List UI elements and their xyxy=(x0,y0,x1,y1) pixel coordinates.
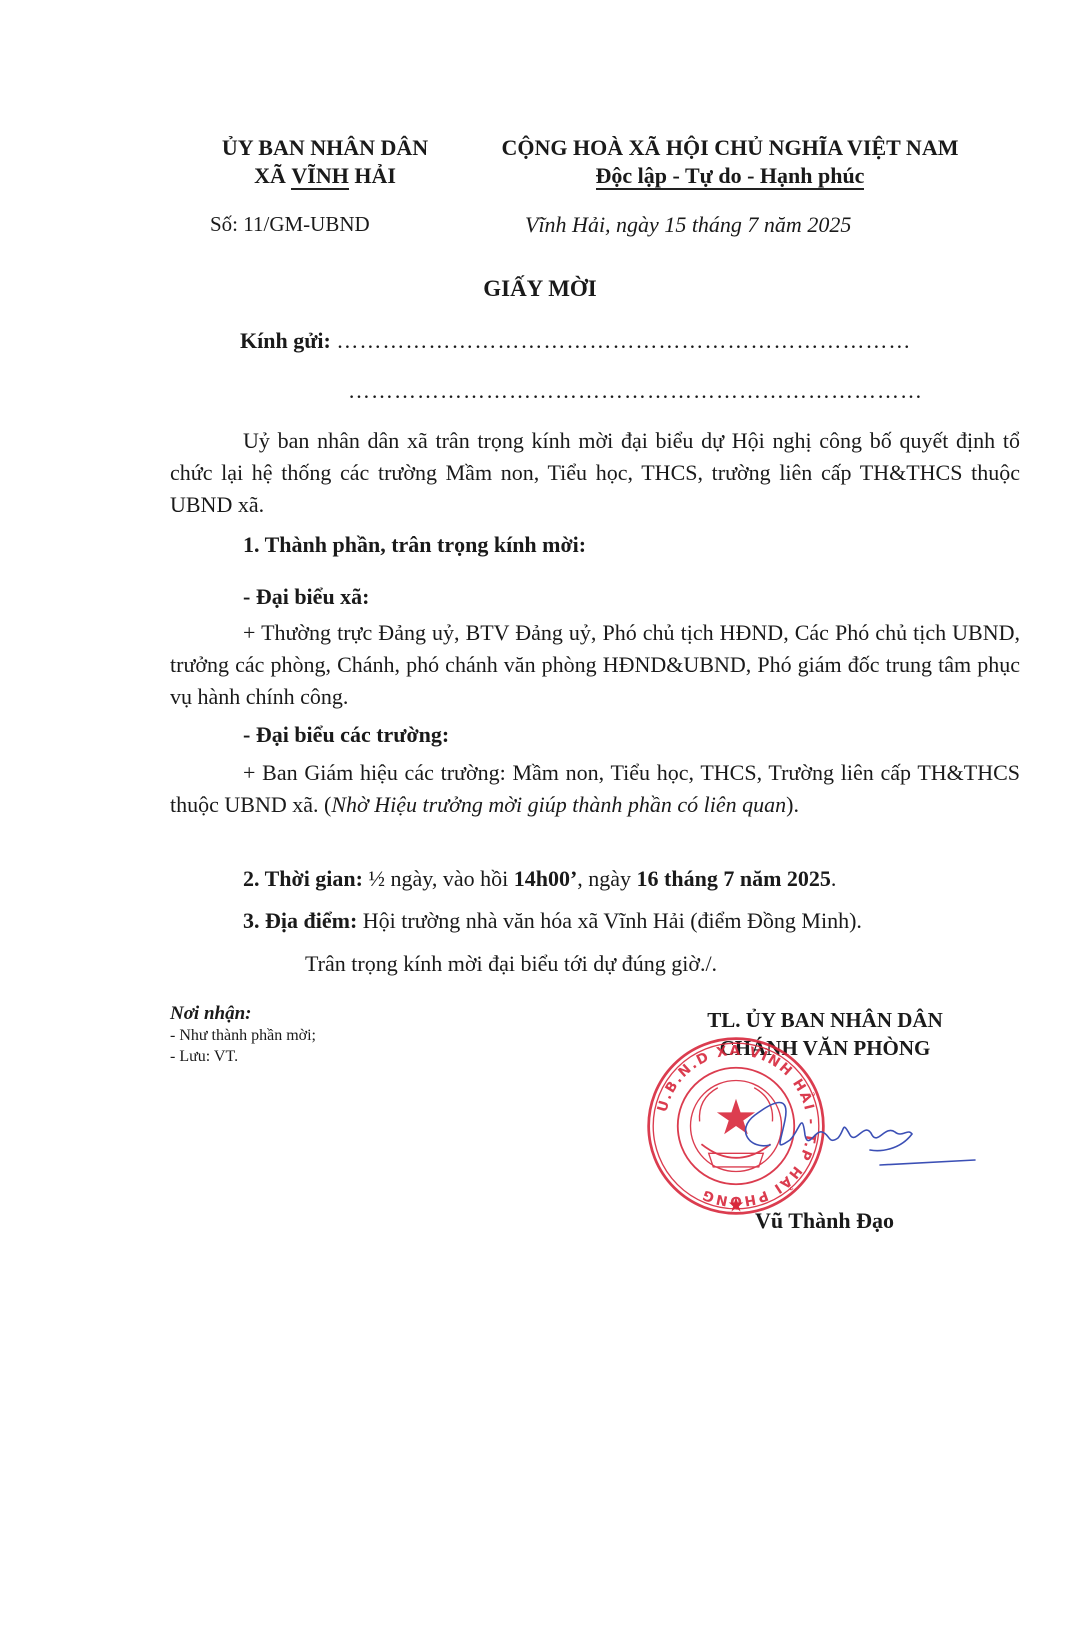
document-number: Số: 11/GM-UBND xyxy=(210,212,370,237)
intro-paragraph: Uỷ ban nhân dân xã trân trọng kính mời đ… xyxy=(170,425,1020,521)
recipient-blank-1: ………………………………………………………………… xyxy=(336,328,911,353)
national-motto: Độc lập - Tự do - Hạnh phúc xyxy=(596,164,865,190)
agency-line-1: ỦY BAN NHÂN DÂN xyxy=(185,134,465,162)
issuing-agency: ỦY BAN NHÂN DÂN XÃ VĨNH HẢI xyxy=(185,134,465,190)
recipient-label: Kính gửi: xyxy=(240,328,331,353)
signer-name: Vũ Thành Đạo xyxy=(755,1208,894,1234)
recipient-item: - Như thành phần mời; xyxy=(170,1025,316,1046)
recipient-item: - Lưu: VT. xyxy=(170,1046,316,1067)
section-time: 2. Thời gian: ½ ngày, vào hồi 14h00’, ng… xyxy=(243,866,836,892)
closing-line: Trân trọng kính mời đại biểu tới dự đúng… xyxy=(305,951,717,977)
section-school-delegates-title: - Đại biểu các trường: xyxy=(243,722,449,748)
recipient-line: Kính gửi: ………………………………………………………………… xyxy=(240,328,911,354)
agency-line-2: XÃ VĨNH HẢI xyxy=(185,162,465,190)
section-commune-delegates-title: - Đại biểu xã: xyxy=(243,584,370,610)
agency-name-underlined: VĨNH xyxy=(291,164,348,190)
document-title: GIẤY MỜI xyxy=(0,276,1080,302)
section-venue: 3. Địa điểm: Hội trường nhà văn hóa xã V… xyxy=(243,908,862,934)
nation-name: CỘNG HOÀ XÃ HỘI CHỦ NGHĨA VIỆT NAM xyxy=(470,134,990,162)
handwritten-signature-icon xyxy=(730,1090,980,1180)
meeting-date: 16 tháng 7 năm 2025 xyxy=(637,866,831,891)
national-title: CỘNG HOÀ XÃ HỘI CHỦ NGHĨA VIỆT NAM Độc l… xyxy=(470,134,990,190)
place-and-date: Vĩnh Hải, ngày 15 tháng 7 năm 2025 xyxy=(525,212,851,238)
school-delegates-text: + Ban Giám hiệu các trường: Mầm non, Tiể… xyxy=(170,757,1020,821)
meeting-time: 14h00’ xyxy=(514,866,578,891)
venue-text: Hội trường nhà văn hóa xã Vĩnh Hải (điểm… xyxy=(357,908,862,933)
recipients-list: Nơi nhận: - Như thành phần mời; - Lưu: V… xyxy=(170,1003,316,1067)
section-participants-title: 1. Thành phần, trân trọng kính mời: xyxy=(243,532,586,558)
commune-delegates-text: + Thường trực Đảng uỷ, BTV Đảng uỷ, Phó … xyxy=(170,617,1020,713)
school-delegates-note: Nhờ Hiệu trưởng mời giúp thành phần có l… xyxy=(331,792,786,817)
recipient-blank-2: ………………………………………………………………… xyxy=(348,378,923,404)
recipients-heading: Nơi nhận: xyxy=(170,1003,316,1025)
